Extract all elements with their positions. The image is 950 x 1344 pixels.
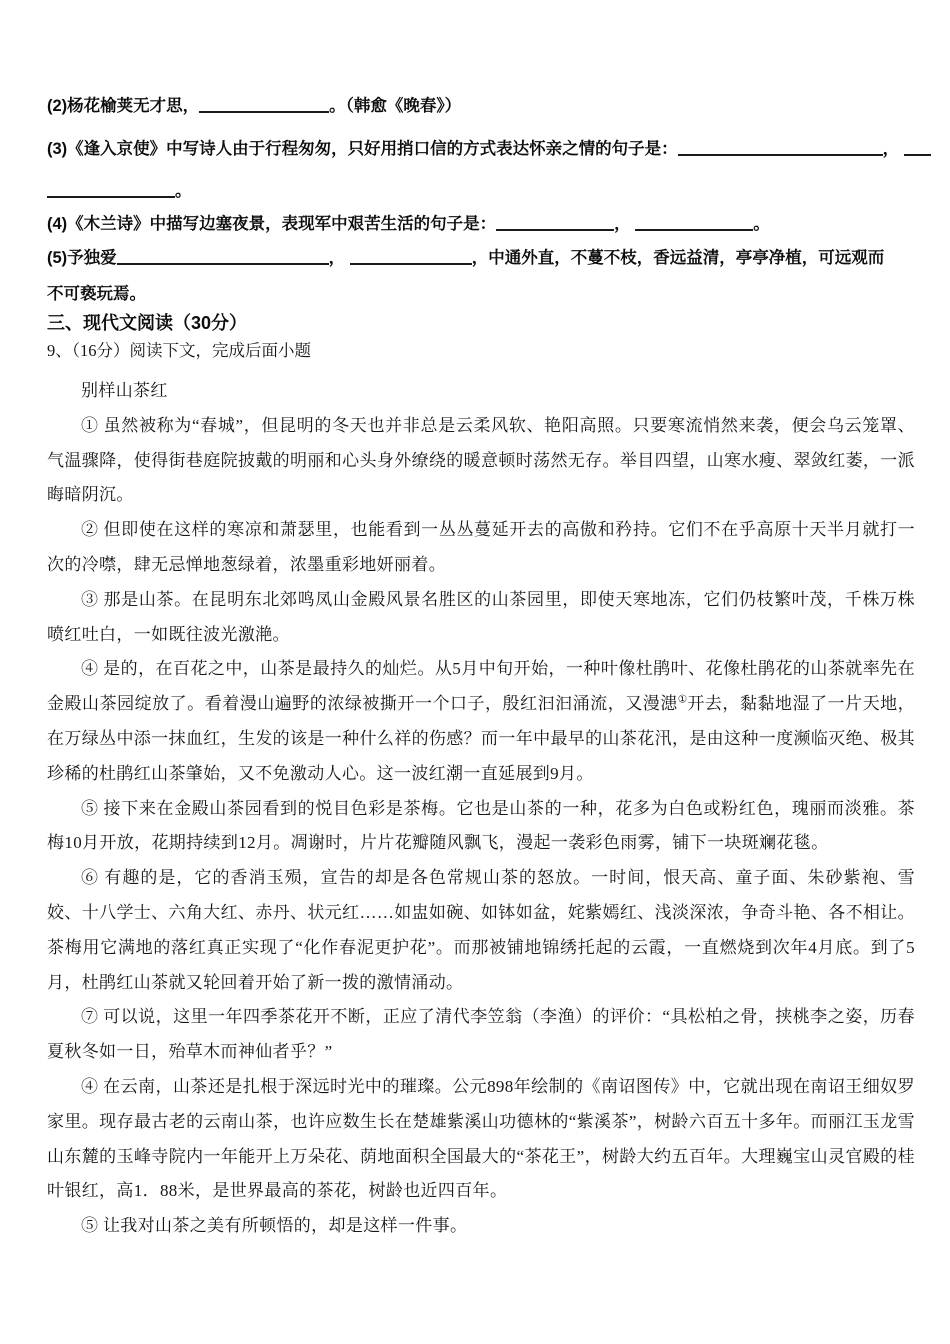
passage-title: 别样山茶红	[47, 374, 915, 409]
passage-paragraph-4: ④ 是的，在百花之中，山茶是最持久的灿烂。从5月中旬开始，一种叶像杜鹃叶、花像杜…	[47, 652, 915, 791]
question-5-text: (5)予独爱	[47, 249, 117, 267]
question-5-wrap-text: 不可亵玩焉。	[47, 285, 146, 303]
question-5-line-2: 不可亵玩焉。	[47, 284, 915, 305]
reading-passage: 别样山茶红 ① 虽然被称为“春城”，但昆明的冬天也并非总是云柔风软、艳阳高照。只…	[47, 374, 915, 1244]
answer-blank	[678, 139, 883, 156]
passage-paragraph-3: ③ 那是山茶。在昆明东北郊鸣凤山金殿风景名胜区的山茶园里，即使天寒地冻，它们仍枝…	[47, 583, 915, 653]
question-4-comma: ，	[614, 215, 631, 233]
question-5-line-1: (5)予独爱， ，中通外直，不蔓不枝，香远益清，亭亭净植，可远观而	[47, 248, 915, 269]
question-3-period: 。	[175, 182, 192, 200]
answer-blank	[117, 248, 329, 265]
passage-paragraph-5: ⑤ 接下来在金殿山茶园看到的悦目色彩是茶梅。它也是山茶的一种，花多为白色或粉红色…	[47, 792, 915, 862]
answer-blank	[199, 96, 329, 113]
exam-document-page: (2)杨花榆荚无才思，。（韩愈《晚春》） (3)《逢入京使》中写诗人由于行程匆匆…	[0, 0, 950, 1344]
question-5-comma: ，	[329, 249, 346, 267]
question-2: (2)杨花榆荚无才思，。（韩愈《晚春》）	[47, 96, 915, 117]
question-3-line-2: 。	[47, 181, 915, 202]
answer-blank	[635, 214, 753, 231]
question-4: (4)《木兰诗》中描写边塞夜景，表现军中艰苦生活的句子是：， 。	[47, 214, 915, 235]
passage-paragraph-2: ② 但即使在这样的寒凉和萧瑟里，也能看到一丛丛蔓延开去的高傲和矜持。它们不在乎高…	[47, 513, 915, 583]
passage-paragraph-1: ① 虽然被称为“春城”，但昆明的冬天也并非总是云柔风软、艳阳高照。只要寒流悄然来…	[47, 409, 915, 513]
answer-blank	[47, 181, 175, 198]
question-3-comma: ，	[883, 140, 900, 158]
question-3-line-1: (3)《逢入京使》中写诗人由于行程匆匆，只好用捎口信的方式表达怀亲之情的句子是：…	[47, 139, 915, 160]
section-3-heading: 三、现代文阅读（30分）	[47, 312, 915, 334]
question-9-lead: 9、（16分）阅读下文，完成后面小题	[47, 340, 915, 361]
question-2-source: 。（韩愈《晚春》）	[329, 97, 461, 115]
passage-paragraph-8: ④ 在云南，山茶还是扎根于深远时光中的璀璨。公元898年绘制的《南诏图传》中，它…	[47, 1070, 915, 1209]
answer-blank	[904, 139, 931, 156]
answer-blank	[496, 214, 614, 231]
passage-paragraph-6: ⑥ 有趣的是，它的香消玉殒，宣告的却是各色常规山茶的怒放。一时间，恨天高、童子面…	[47, 861, 915, 1000]
answer-blank	[350, 248, 472, 265]
question-3-text: (3)《逢入京使》中写诗人由于行程匆匆，只好用捎口信的方式表达怀亲之情的句子是：	[47, 140, 678, 158]
footnote-marker-1: ①	[678, 695, 688, 706]
passage-paragraph-7: ⑦ 可以说，这里一年四季茶花开不断，正应了清代李笠翁（李渔）的评价：“具松柏之骨…	[47, 1000, 915, 1070]
passage-paragraph-9: ⑤ 让我对山茶之美有所顿悟的，却是这样一件事。	[47, 1209, 915, 1244]
question-2-text: (2)杨花榆荚无才思，	[47, 97, 199, 115]
question-5-rest: ，中通外直，不蔓不枝，香远益清，亭亭净植，可远观而	[472, 249, 885, 267]
question-4-text: (4)《木兰诗》中描写边塞夜景，表现军中艰苦生活的句子是：	[47, 215, 496, 233]
question-4-period: 。	[753, 215, 770, 233]
